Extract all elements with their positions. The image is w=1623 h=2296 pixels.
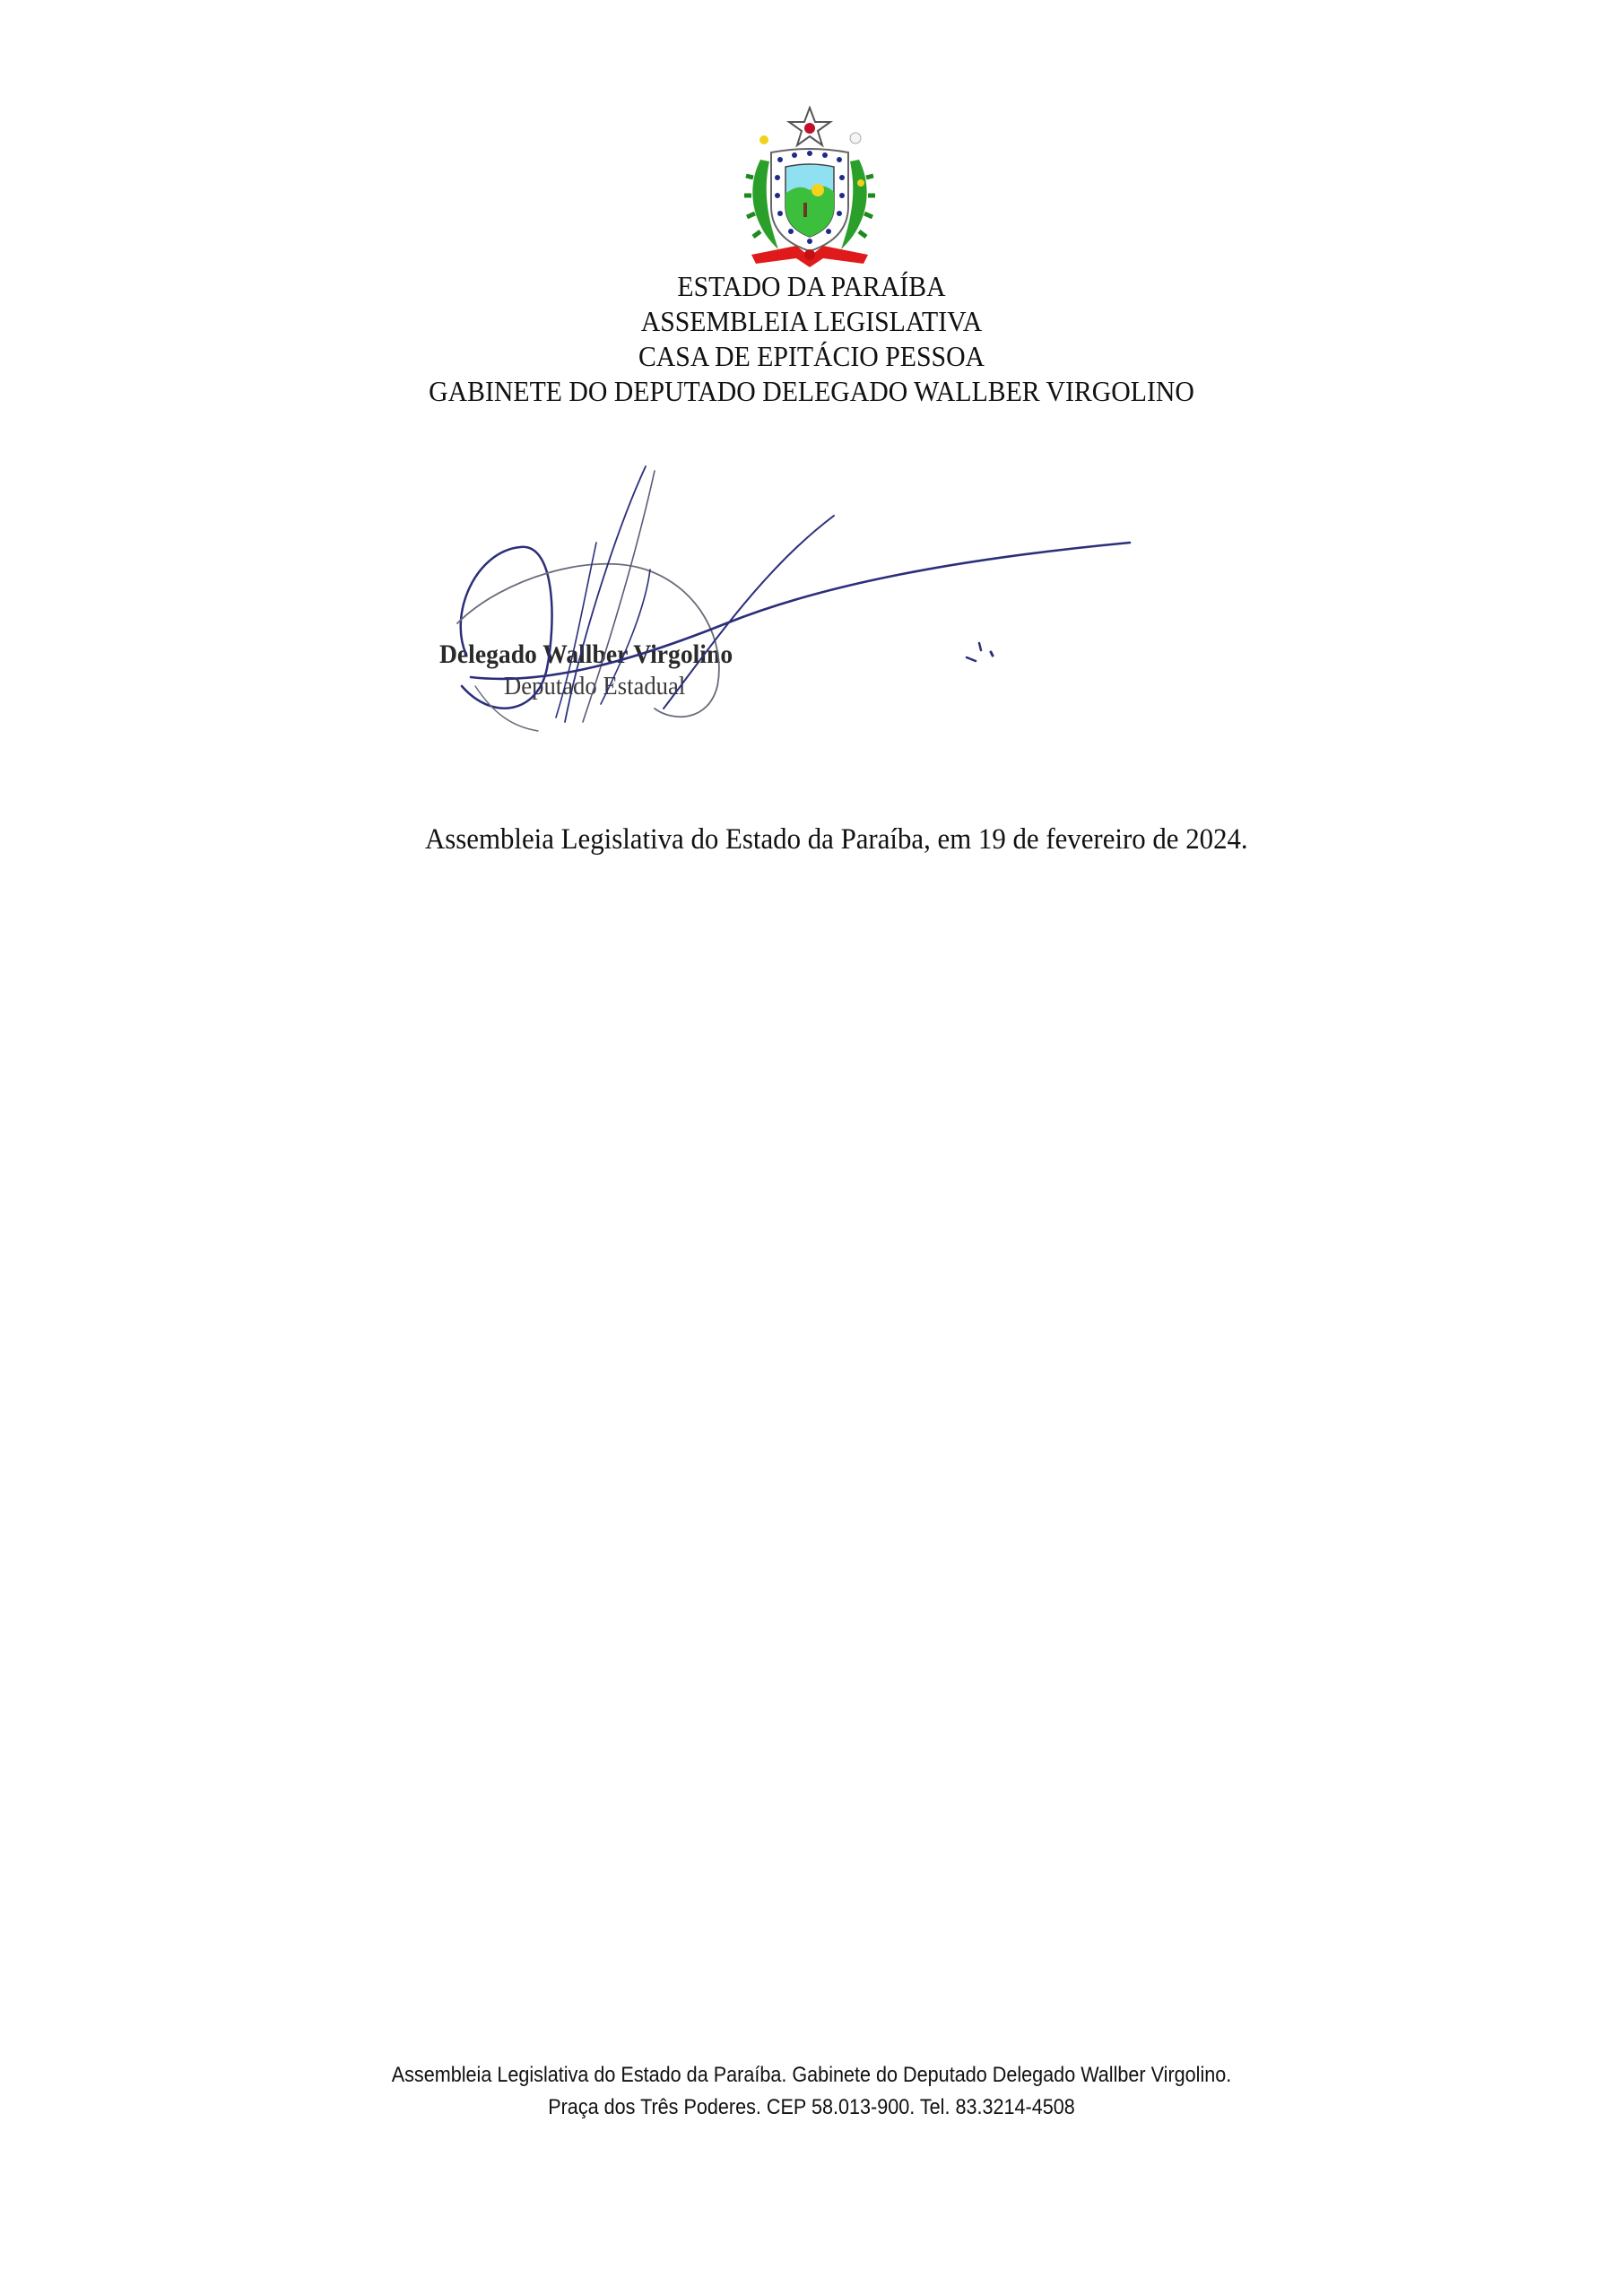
paraiba-coat-of-arms-icon (742, 106, 877, 267)
header-assembly: ASSEMBLEIA LEGISLATIVA (56, 304, 1566, 339)
page-footer: Assembleia Legislativa do Estado da Para… (0, 2059, 1623, 2124)
handwritten-signature-icon (439, 453, 1157, 740)
header-state: ESTADO DA PARAÍBA (56, 269, 1566, 304)
letterhead: ESTADO DA PARAÍBA ASSEMBLEIA LEGISLATIVA… (0, 269, 1623, 409)
signature-block: Delegado Wallber Virgolino Deputado Esta… (439, 453, 1157, 740)
footer-institution: Assembleia Legislativa do Estado da Para… (82, 2059, 1542, 2092)
header-house: CASA DE EPITÁCIO PESSOA (56, 339, 1566, 374)
date-place-line: Assembleia Legislativa do Estado da Para… (425, 823, 1248, 857)
header-office: GABINETE DO DEPUTADO DELEGADO WALLBER VI… (56, 374, 1566, 409)
document-page: ESTADO DA PARAÍBA ASSEMBLEIA LEGISLATIVA… (0, 0, 1623, 2296)
footer-address: Praça dos Três Poderes. CEP 58.013-900. … (82, 2092, 1542, 2124)
